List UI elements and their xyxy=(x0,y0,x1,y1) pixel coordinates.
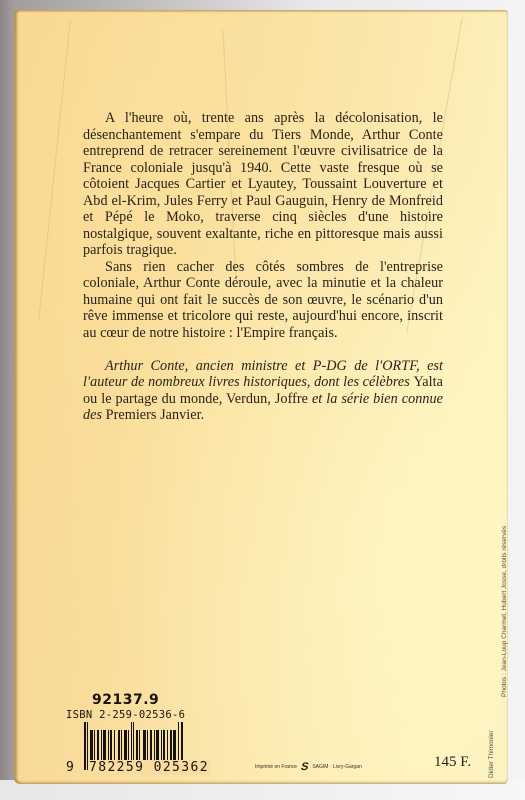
bio-italic-1: Arthur Conte, ancien ministre et P-DG de… xyxy=(83,358,443,391)
isbn-label: ISBN 2-259-02536-6 xyxy=(66,709,185,721)
blurb-paragraph-1: A l'heure où, trente ans après la décolo… xyxy=(83,110,443,259)
blurb-paragraph-2: Sans rien cacher des côtés sombres de l'… xyxy=(83,259,443,342)
barcode-block: 92137.9 ISBN 2-259-02536-6 9 782259 0253… xyxy=(64,692,224,782)
ean-first-digit: 9 xyxy=(66,760,74,775)
crease-mark xyxy=(38,21,70,319)
blurb-text: A l'heure où, trente ans après la décolo… xyxy=(83,110,443,424)
price-label: 145 F. xyxy=(434,754,471,771)
author-bio: Arthur Conte, ancien ministre et P-DG de… xyxy=(83,358,443,424)
printer-imprint: Imprimé en France S SAGIM · Livry-Gargan xyxy=(255,761,362,773)
printer-prefix: Imprimé en France xyxy=(255,764,297,770)
bio-titles-2: Premiers Janvier. xyxy=(106,407,205,423)
photo-credits: Photos : Jean-Loup Charmet, Hubert Josse… xyxy=(501,526,508,697)
catalog-number: 92137.9 xyxy=(92,692,159,708)
ean-digits: 782259 025362 xyxy=(88,760,210,775)
printer-name: SAGIM · Livry-Gargan xyxy=(312,764,361,770)
designer-credit: Didier Thimonier xyxy=(488,730,495,778)
printer-logo-icon: S xyxy=(299,761,310,773)
